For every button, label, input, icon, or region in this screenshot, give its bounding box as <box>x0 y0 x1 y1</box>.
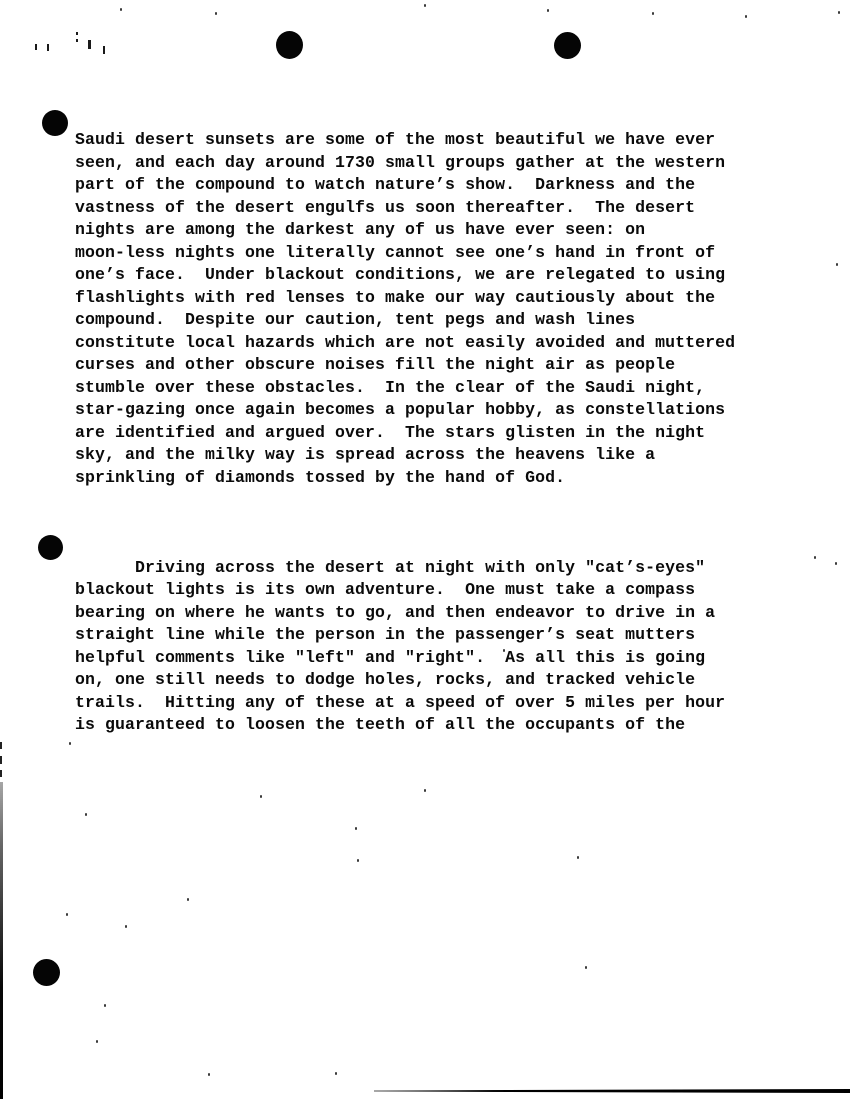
scan-speck <box>577 856 579 859</box>
scan-speck <box>585 966 587 969</box>
scan-speck <box>838 11 840 14</box>
scan-speck <box>814 556 816 559</box>
scan-speck <box>836 263 838 266</box>
scan-speck <box>835 562 837 565</box>
scan-speck <box>424 4 426 7</box>
scan-speck <box>215 12 217 15</box>
scan-speck <box>85 813 87 816</box>
scan-speck <box>547 9 549 12</box>
scan-speck <box>652 12 654 15</box>
scan-artifact-tick <box>47 44 49 51</box>
left-edge-scan-dash <box>0 770 2 777</box>
punch-dot-left-middle-icon <box>38 535 63 560</box>
scan-speck <box>335 1072 337 1075</box>
scan-speck <box>120 8 122 11</box>
scan-speck <box>745 15 747 18</box>
punch-dot-top-left-icon <box>276 31 303 59</box>
scan-artifact-tick <box>35 44 37 50</box>
scan-speck <box>104 1004 106 1007</box>
punch-dot-left-lower-icon <box>33 959 60 986</box>
scan-artifact-tick <box>103 46 105 54</box>
scan-speck <box>96 1040 98 1043</box>
scan-speck <box>260 795 262 798</box>
scan-artifact-tick <box>76 32 78 35</box>
scan-speck <box>125 925 127 928</box>
scan-speck <box>357 859 359 862</box>
scan-speck <box>424 789 426 792</box>
left-edge-scan-line <box>0 782 3 1099</box>
scan-artifact-tick <box>76 39 78 42</box>
scan-speck <box>503 649 505 652</box>
left-edge-scan-dash <box>0 756 2 764</box>
document-text: Saudi desert sunsets are some of the mos… <box>75 84 735 782</box>
scanned-document-page: Saudi desert sunsets are some of the mos… <box>0 0 850 1099</box>
left-edge-scan-dash <box>0 742 2 749</box>
paragraph-night-driving: Driving across the desert at night with … <box>75 557 735 737</box>
bottom-edge-scan-line <box>374 1089 850 1093</box>
punch-dot-left-upper-icon <box>42 110 68 136</box>
paragraph-desert-sunsets: Saudi desert sunsets are some of the mos… <box>75 129 735 489</box>
scan-speck <box>66 913 68 916</box>
punch-dot-top-right-icon <box>554 32 581 59</box>
scan-speck <box>69 742 71 745</box>
scan-artifact-tick <box>88 40 91 49</box>
scan-speck <box>187 898 189 901</box>
scan-speck <box>208 1073 210 1076</box>
scan-speck <box>355 827 357 830</box>
